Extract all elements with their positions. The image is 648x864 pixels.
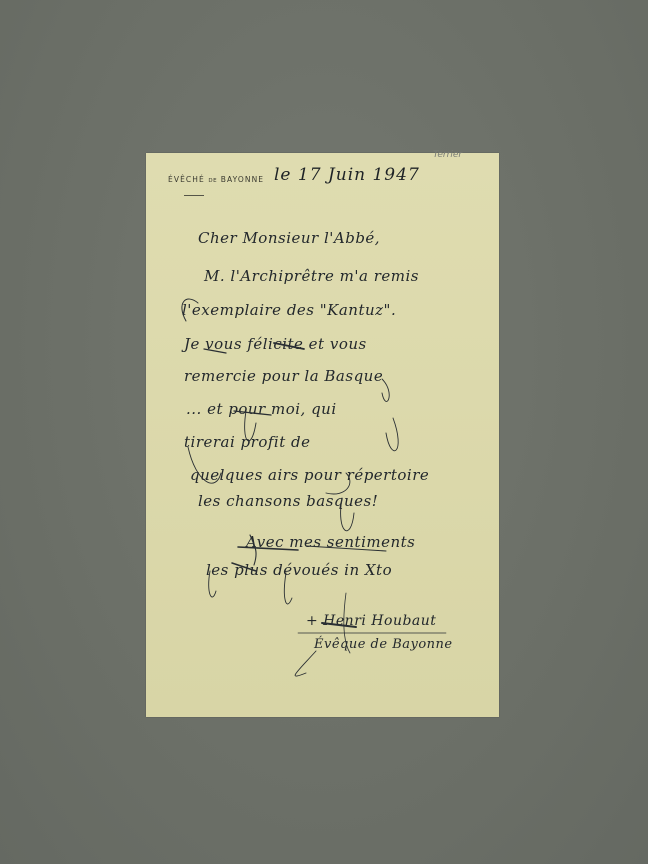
closing-line: les plus dévoués in Xto: [206, 561, 392, 579]
letter-paper: ÉVÊCHÉ DE BAYONNE Terrier le 17 Juin 194…: [146, 153, 499, 717]
letterhead: ÉVÊCHÉ DE BAYONNE: [168, 175, 264, 184]
letterhead-de: DE: [208, 178, 217, 184]
body-line: l'exemplaire des "Kantuz".: [182, 301, 396, 319]
letter-date: le 17 Juin 1947: [274, 165, 420, 185]
body-line: remercie pour la Basque: [184, 367, 383, 385]
letterhead-place: BAYONNE: [221, 175, 264, 184]
salutation: Cher Monsieur l'Abbé,: [198, 229, 380, 247]
letterhead-main: ÉVÊCHÉ: [168, 175, 205, 184]
body-line: ... et pour moi, qui: [186, 400, 337, 418]
body-line: quelques airs pour répertoire: [190, 466, 429, 484]
signature: + Henri Houbaut: [306, 613, 436, 629]
archive-pencil-note: Terrier: [433, 150, 462, 160]
body-line: les chansons basques!: [198, 492, 378, 510]
letterhead-rule: [184, 195, 204, 196]
closing-line: Avec mes sentiments: [246, 533, 415, 551]
body-line: tirerai profit de: [184, 433, 310, 451]
body-line: Je vous félicite et vous: [184, 335, 367, 353]
signature-title: Évêque de Bayonne: [314, 637, 453, 652]
body-line: M. l'Archiprêtre m'a remis: [204, 267, 419, 285]
